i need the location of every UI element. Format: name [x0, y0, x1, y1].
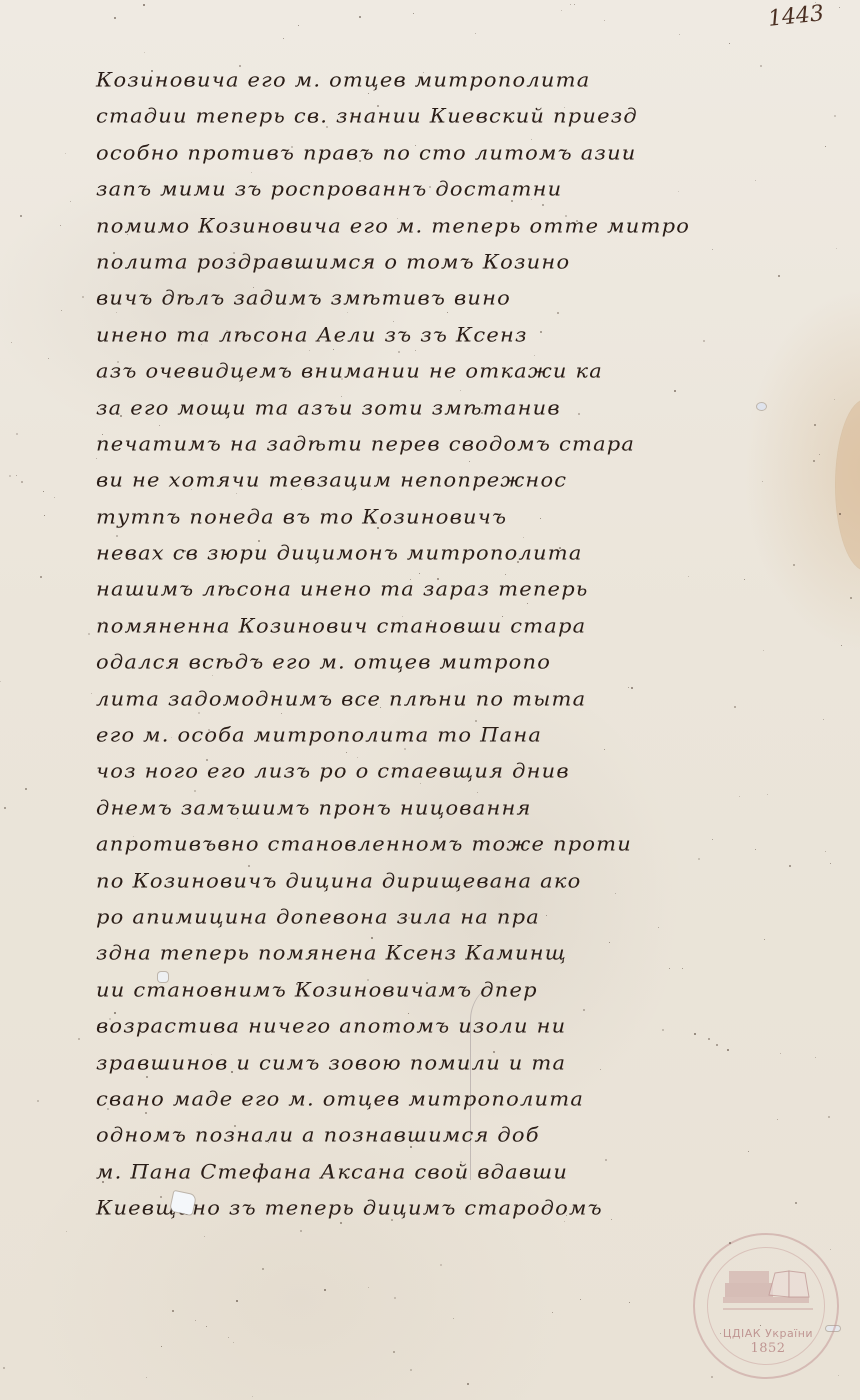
paper-speck [415, 145, 416, 146]
paper-speck [357, 757, 358, 758]
paper-speck [258, 540, 260, 542]
paper-speck [734, 706, 736, 708]
paper-speck [233, 252, 235, 254]
paper-speck [340, 1222, 342, 1224]
paper-speck [748, 1151, 749, 1152]
paper-speck [467, 1383, 469, 1385]
paper-speck [300, 1230, 302, 1232]
paper-speck [688, 576, 689, 577]
paper-speck [151, 70, 153, 72]
paper-speck [679, 34, 680, 35]
paper-speck [708, 1038, 710, 1040]
paper-speck [48, 358, 49, 359]
paper-speck [391, 773, 393, 775]
paper-speck [117, 361, 119, 363]
manuscript-line: вичъ дѣлъ задимъ змѣтивъ вино [96, 282, 796, 315]
paper-speck [819, 454, 820, 455]
paper-speck [440, 1264, 442, 1266]
paper-speck [228, 1337, 229, 1338]
manuscript-line: лита задомоднимъ все плѣни по тыта [96, 682, 796, 715]
paper-speck [236, 493, 237, 494]
paper-speck [341, 378, 343, 380]
paper-speck [368, 1287, 369, 1288]
paper-speck [755, 849, 756, 850]
paper-speck [408, 917, 410, 919]
manuscript-line: одномъ познали а познавшимся доб [96, 1119, 796, 1152]
paper-speck [146, 1076, 148, 1078]
paper-speck [475, 33, 476, 34]
manuscript-line: помимо Козиновича его м. теперь отте мит… [96, 209, 796, 242]
paper-speck [346, 752, 347, 753]
paper-speck [739, 796, 740, 797]
paper-speck [371, 937, 373, 939]
paper-speck [253, 287, 254, 288]
paper-speck [21, 481, 23, 483]
paper-speck [760, 65, 762, 67]
paper-speck [391, 1219, 393, 1221]
paper-speck [157, 919, 158, 920]
manuscript-line: печатимъ на задѣти перев сводомъ стара [96, 427, 796, 460]
manuscript-line: нашимъ лѣсона инено та зараз теперь [96, 573, 796, 606]
paper-speck [82, 296, 84, 298]
manuscript-line: Киевщино зъ теперь дицимъ стародомъ [96, 1192, 796, 1225]
paper-speck [281, 713, 282, 714]
paper-speck [535, 120, 536, 121]
paper-speck [101, 265, 102, 266]
paper-speck [91, 693, 92, 694]
paper-speck [0, 681, 1, 682]
paper-speck [4, 807, 6, 809]
paper-speck [419, 573, 420, 574]
manuscript-line: полита роздравшимся о томъ Козино [96, 245, 796, 278]
paper-speck [447, 312, 448, 313]
paper-speck [159, 425, 160, 426]
paper-speck [505, 574, 506, 575]
paper-speck [815, 2, 816, 3]
paper-speck [120, 415, 122, 417]
paper-speck [268, 1142, 269, 1143]
paper-speck [410, 1369, 412, 1371]
paper-speck [767, 794, 768, 795]
paper-speck [291, 146, 293, 148]
paper-hole [158, 972, 168, 982]
paper-speck [559, 547, 561, 549]
paper-speck [410, 579, 411, 580]
paper-speck [78, 1038, 80, 1040]
paper-speck [583, 1009, 585, 1011]
paper-speck [839, 513, 841, 515]
paper-speck [387, 1032, 388, 1033]
paper-speck [61, 310, 62, 311]
paper-speck [347, 312, 348, 313]
paper-speck [494, 267, 496, 269]
paper-speck [453, 589, 454, 590]
paper-speck [103, 621, 105, 623]
paper-speck [283, 38, 284, 39]
paper-speck [116, 535, 118, 537]
paper-speck [404, 748, 406, 750]
paper-speck [377, 527, 379, 529]
paper-speck [540, 518, 541, 519]
manuscript-page: 1443 Козиновича его м. отцев митрополита… [0, 0, 860, 1400]
paper-speck [604, 20, 605, 21]
paper-speck [172, 1310, 174, 1312]
paper-speck [437, 578, 439, 580]
paper-speck [54, 497, 55, 498]
paper-speck [234, 1125, 236, 1127]
paper-speck [252, 1396, 253, 1397]
manuscript-line: одался всѣдъ его м. отцев митропо [96, 646, 796, 679]
paper-speck [511, 200, 513, 202]
paper-speck [517, 561, 519, 563]
manuscript-line: Козиновича его м. отцев митрополита [96, 63, 796, 96]
paper-speck [70, 201, 71, 202]
paper-speck [460, 1161, 462, 1163]
paper-speck [605, 1159, 607, 1161]
paper-speck [566, 1215, 567, 1216]
paper-speck [834, 399, 835, 400]
paper-speck [410, 1146, 412, 1148]
paper-speck [394, 1297, 396, 1299]
paper-speck [780, 1053, 781, 1054]
paper-speck [600, 1069, 601, 1070]
paper-speck [296, 983, 298, 985]
paper-speck [729, 43, 730, 44]
paper-speck [540, 331, 542, 333]
paper-speck [815, 1057, 816, 1058]
paper-speck [114, 17, 116, 19]
paper-speck [760, 1325, 761, 1326]
manuscript-line: чоз ного его лизъ ро о стаевщия днив [96, 755, 796, 788]
paper-speck [493, 1051, 495, 1053]
paper-speck [475, 720, 477, 722]
paper-speck [107, 1108, 109, 1110]
paper-speck [755, 180, 756, 181]
manuscript-line: инено та лѣсона Аели зъ зъ Ксенз [96, 318, 796, 351]
paper-speck [145, 1112, 147, 1114]
paper-speck [102, 434, 103, 435]
paper-speck [393, 321, 394, 322]
paper-speck [380, 768, 381, 769]
paper-speck [631, 687, 633, 689]
paper-speck [763, 650, 764, 651]
paper-speck [674, 390, 676, 392]
manuscript-line: тутпъ понеда въ то Козиновичъ [96, 500, 796, 533]
paper-speck [433, 1060, 435, 1062]
paper-speck [426, 982, 428, 984]
paper-speck [127, 234, 128, 235]
paper-speck [502, 616, 503, 617]
paper-speck [65, 153, 66, 154]
paper-speck [333, 349, 334, 350]
manuscript-line: помяненна Козинович становши стара [96, 609, 796, 642]
paper-speck [204, 1236, 205, 1237]
paper-speck [160, 1196, 162, 1198]
paper-speck [114, 1012, 116, 1014]
paper-speck [102, 1181, 104, 1183]
paper-speck [376, 1172, 377, 1173]
paper-speck [830, 863, 831, 864]
paper-speck [567, 697, 569, 699]
paper-speck [453, 1318, 454, 1319]
books-icon [723, 1265, 813, 1313]
paper-speck [678, 191, 679, 192]
paper-speck [561, 10, 562, 11]
paper-speck [386, 1207, 387, 1208]
paper-speck [301, 489, 302, 490]
paper-speck [542, 204, 544, 206]
paper-speck [712, 249, 713, 250]
paper-speck [460, 390, 461, 391]
paper-speck [11, 342, 12, 343]
paper-speck [711, 1376, 713, 1378]
paper-speck [564, 1221, 565, 1222]
paper-speck [113, 252, 115, 254]
paper-speck [839, 7, 840, 8]
paper-speck [398, 351, 400, 353]
paper-speck [359, 160, 361, 162]
paper-speck [793, 564, 795, 566]
paper-speck [570, 4, 571, 5]
paper-speck [20, 215, 22, 217]
paper-speck [429, 186, 431, 188]
paper-speck [125, 812, 127, 814]
paper-speck [830, 1249, 831, 1250]
paper-speck [16, 433, 18, 435]
paper-speck [171, 737, 172, 738]
paper-speck [825, 851, 826, 852]
manuscript-line: апротивъвно становленномъ тоже проти [96, 828, 796, 861]
paper-speck [237, 818, 238, 819]
paper-speck [527, 603, 528, 604]
manuscript-line: ии становнимъ Козиновичамъ дпер [96, 973, 796, 1006]
paper-speck [552, 1312, 553, 1313]
stamp-year: 1852 [695, 1341, 841, 1356]
paper-speck [662, 1029, 664, 1031]
paper-speck [60, 225, 61, 226]
paper-speck [37, 1100, 39, 1102]
manuscript-line: свано маде его м. отцев митрополита [96, 1082, 796, 1115]
paper-speck [377, 105, 379, 107]
paper-speck [698, 858, 700, 860]
paper-speck [40, 576, 42, 578]
manuscript-line: м. Пана Стефана Аксана свой вдавши [96, 1155, 796, 1188]
paper-speck [195, 1320, 196, 1321]
paper-speck [626, 151, 628, 153]
paper-speck [534, 355, 535, 356]
paper-speck [629, 1302, 630, 1303]
paper-speck [615, 893, 616, 894]
paper-speck [184, 550, 186, 552]
paper-speck [96, 458, 97, 459]
paper-speck [44, 515, 45, 516]
folio-number: 1443 [767, 1, 825, 32]
paper-speck [543, 554, 545, 556]
paper-speck [564, 107, 565, 108]
paper-speck [557, 312, 559, 314]
paper-speck [703, 340, 705, 342]
paper-speck [298, 25, 299, 26]
paper-speck [309, 350, 310, 351]
paper-speck [729, 1242, 731, 1244]
paper-speck [503, 923, 504, 924]
manuscript-line: особно противъ правъ по сто литомъ азии [96, 136, 796, 169]
paper-speck [460, 1179, 461, 1180]
paper-speck [146, 1377, 147, 1378]
paper-speck [744, 579, 745, 580]
paper-speck [481, 412, 483, 414]
manuscript-line: азъ очевидцемъ внимании не откажи ка [96, 355, 796, 388]
paper-speck [604, 749, 605, 750]
paper-speck [580, 1299, 581, 1300]
paper-speck [778, 275, 780, 277]
paper-speck [694, 1033, 696, 1035]
paper-speck [116, 312, 117, 313]
paper-speck [359, 769, 361, 771]
paper-speck [609, 942, 610, 943]
paper-speck [777, 1119, 778, 1120]
paper-speck [368, 93, 369, 94]
manuscript-line: днемъ замъшимъ пронъ ницовання [96, 791, 796, 824]
paper-speck [16, 475, 17, 476]
paper-speck [628, 687, 629, 688]
paper-speck [296, 881, 297, 882]
paper-speck [217, 662, 218, 663]
paper-speck [795, 1202, 797, 1204]
paper-speck [43, 491, 44, 492]
paper-speck [324, 1289, 326, 1291]
paper-speck [423, 72, 424, 73]
paper-speck [430, 620, 432, 622]
manuscript-line: зравшинов и симъ зовою помили и та [96, 1046, 796, 1079]
paper-speck [194, 790, 196, 792]
paper-speck [838, 1375, 839, 1376]
paper-speck [621, 447, 622, 448]
paper-speck [565, 215, 567, 217]
paper-speck [611, 1219, 612, 1220]
paper-speck [712, 839, 713, 840]
stamp-label: ЦДІАК України [695, 1327, 841, 1340]
paper-speck [133, 836, 134, 837]
paper-speck [477, 792, 478, 793]
paper-speck [813, 460, 815, 462]
paper-speck [420, 783, 421, 784]
paper-speck [823, 719, 824, 720]
paper-speck [233, 1342, 234, 1343]
paper-speck [191, 489, 192, 490]
paper-speck [531, 139, 532, 140]
paper-speck [814, 424, 816, 426]
manuscript-line: ро апимицина допевона зила на пра [96, 900, 796, 933]
paper-speck [669, 968, 670, 969]
paper-speck [161, 1346, 162, 1347]
paper-speck [380, 707, 381, 708]
paper-speck [198, 712, 200, 714]
paper-speck [206, 1326, 207, 1327]
paper-speck [262, 1268, 264, 1270]
paper-speck [727, 1049, 729, 1051]
paper-speck [231, 1071, 233, 1073]
paper-speck [834, 115, 836, 117]
paper-speck [144, 52, 145, 53]
paper-speck [212, 675, 213, 676]
paper-speck [408, 1013, 409, 1014]
paper-speck [143, 4, 145, 6]
paper-speck [3, 1367, 5, 1369]
paper-speck [546, 915, 547, 916]
paper-speck [523, 537, 524, 538]
paper-speck [825, 146, 826, 147]
paper-speck [206, 759, 208, 761]
paper-hole [757, 403, 766, 410]
paper-speck [239, 65, 241, 67]
paper-speck [251, 172, 252, 173]
manuscript-line: по Козиновичъ дицина дирищевана ако [96, 864, 796, 897]
manuscript-text: Козиновича его м. отцев митрополита стад… [96, 62, 796, 1227]
paper-speck [762, 481, 763, 482]
paper-speck [576, 220, 578, 222]
paper-speck [226, 330, 228, 332]
manuscript-line: ви не хотячи тевзацим непопрежнос [96, 464, 796, 497]
paper-speck [789, 865, 791, 867]
manuscript-line: за его мощи та азъи зоти змѣтанив [96, 391, 796, 424]
water-stain [836, 400, 860, 570]
paper-speck [841, 645, 842, 646]
paper-speck [415, 350, 416, 351]
paper-speck [9, 475, 11, 477]
paper-speck [326, 126, 328, 128]
manuscript-line: стадии теперь св. знании Киевский приезд [96, 100, 796, 133]
paper-speck [836, 248, 837, 249]
paper-speck [764, 939, 765, 940]
paper-speck [393, 1351, 395, 1353]
paper-speck [208, 729, 210, 731]
paper-hole [170, 1191, 196, 1215]
paper-speck [510, 989, 512, 991]
paper-speck [628, 223, 629, 224]
paper-speck [828, 1116, 830, 1118]
paper-speck [341, 396, 342, 397]
paper-speck [397, 218, 398, 219]
paper-speck [201, 344, 202, 345]
manuscript-line: запъ мими зъ роспрованнъ достатни [96, 173, 796, 206]
paper-speck [367, 979, 369, 981]
paper-speck [574, 4, 575, 5]
manuscript-line: невах св зюри дицимонъ митрополита [96, 537, 796, 570]
paper-speck [88, 633, 90, 635]
paper-speck [248, 865, 250, 867]
paper-speck [682, 968, 683, 969]
paper-speck [850, 597, 852, 599]
paper-speck [469, 461, 470, 462]
paper-speck [486, 256, 488, 258]
paper-speck [402, 616, 403, 617]
paper-speck [720, 1333, 721, 1334]
paper-speck [236, 1300, 238, 1302]
paper-speck [66, 1231, 67, 1232]
paper-speck [211, 1054, 212, 1055]
paper-speck [413, 13, 414, 14]
paper-speck [359, 16, 361, 18]
archive-stamp: ЦДІАК України 1852 [693, 1233, 839, 1379]
manuscript-line: возрастива ничего апотомъ изоли ни [96, 1010, 796, 1043]
paper-speck [658, 927, 659, 928]
paper-speck [578, 413, 580, 415]
paper-speck [439, 367, 441, 369]
manuscript-line: здна теперь помянена Ксенз Каминщ [96, 937, 796, 970]
paper-speck [531, 199, 532, 200]
paper-speck [25, 788, 27, 790]
